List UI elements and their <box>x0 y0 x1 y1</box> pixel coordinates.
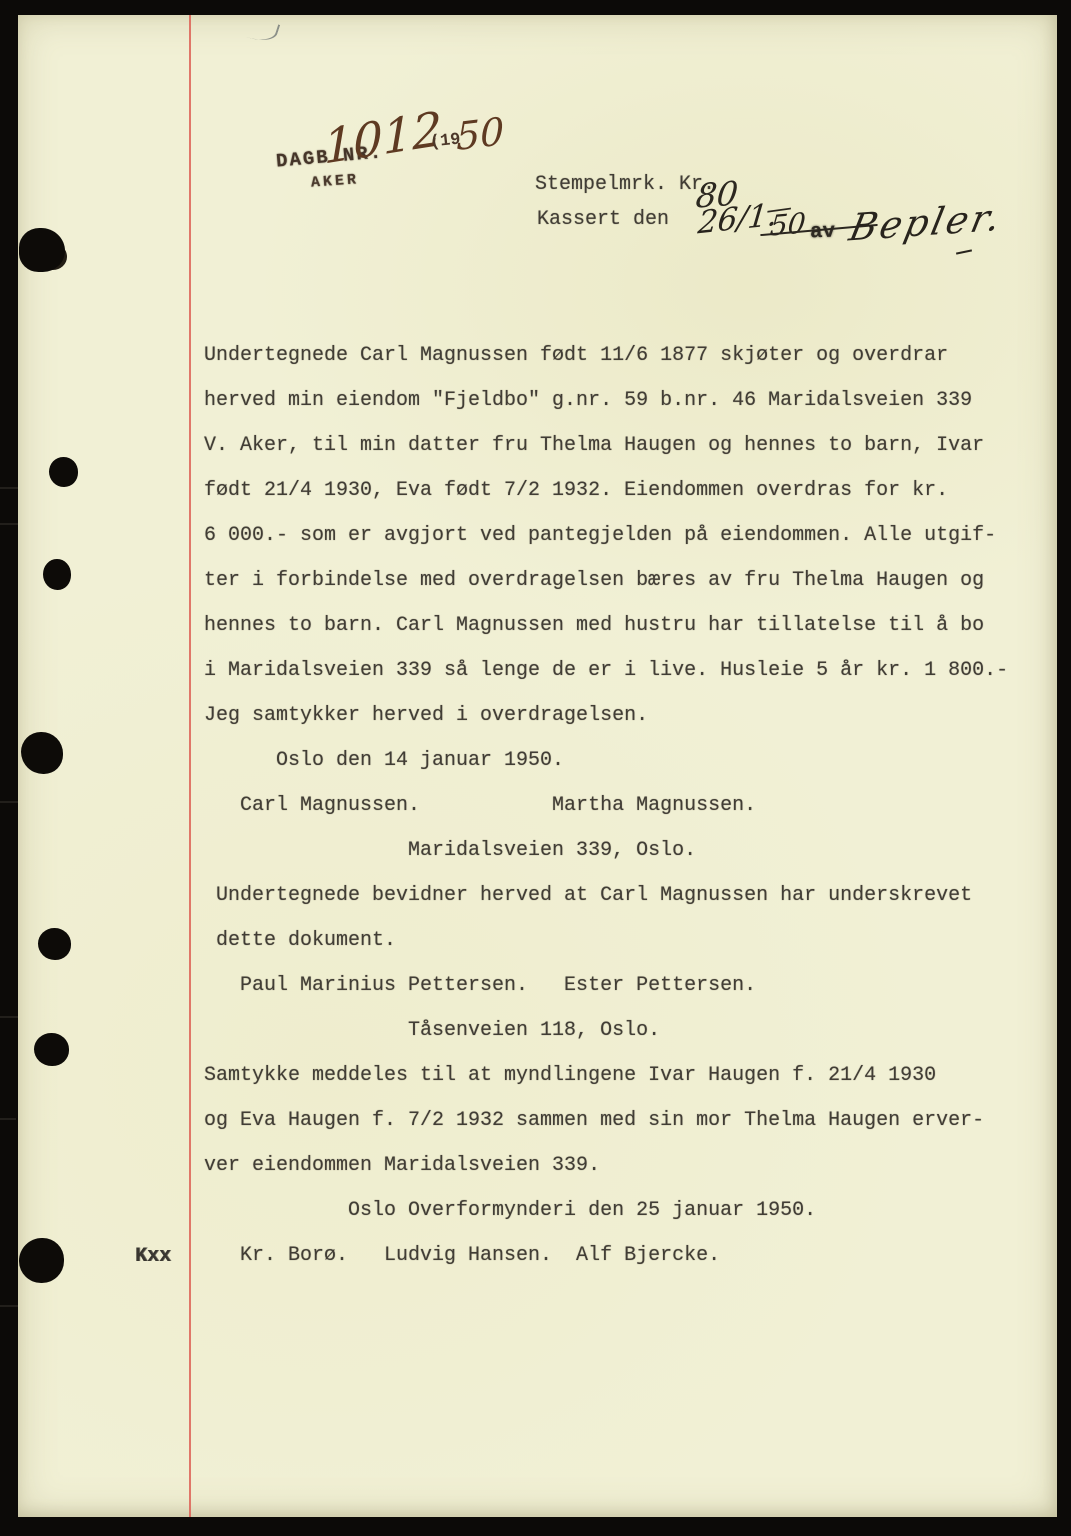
body-line: Oslo den 14 januar 1950. <box>204 738 1008 783</box>
body-line: herved min eiendom "Fjeldbo" g.nr. 59 b.… <box>204 378 1008 423</box>
body-line: Kr. Borø. Ludvig Hansen. Alf Bjercke. <box>204 1233 1008 1278</box>
body-line: ter i forbindelse med overdragelsen bære… <box>204 558 1008 603</box>
body-line: hennes to barn. Carl Magnussen med hustr… <box>204 603 1008 648</box>
body-line: Carl Magnussen. Martha Magnussen. <box>204 783 1008 828</box>
body-line: Samtykke meddeles til at myndlingene Iva… <box>204 1053 1008 1098</box>
punch-hole <box>21 732 63 774</box>
body-line: Tåsenveien 118, Oslo. <box>204 1008 1008 1053</box>
scanner-scratch <box>0 523 18 525</box>
punch-hole <box>38 928 71 960</box>
cancelled-av-label: av <box>810 221 836 245</box>
body-line: V. Aker, til min datter fru Thelma Hauge… <box>204 423 1008 468</box>
scanner-scratch <box>0 1305 20 1307</box>
dagbok-stamp-line2: AKER <box>310 171 359 191</box>
margin-rule <box>189 15 191 1517</box>
deed-body-text: Undertegnede Carl Magnussen født 11/6 18… <box>204 333 1008 1278</box>
scanner-scratch <box>0 1118 16 1120</box>
punch-hole <box>49 457 78 487</box>
body-line: Jeg samtykker herved i overdragelsen. <box>204 693 1008 738</box>
punch-hole <box>43 559 71 590</box>
body-line: Undertegnede bevidner herved at Carl Mag… <box>204 873 1008 918</box>
body-line: i Maridalsveien 339 så lenge de er i liv… <box>204 648 1008 693</box>
punch-hole <box>19 228 65 272</box>
clerk-signature: Bepler. <box>846 195 1008 249</box>
punch-hole <box>34 1033 69 1066</box>
punch-hole <box>19 1238 64 1283</box>
scanned-archive-page: { "document": { "stamp": { "line1": "DAG… <box>0 0 1071 1536</box>
body-line: ver eiendommen Maridalsveien 339. <box>204 1143 1008 1188</box>
body-line: født 21/4 1930, Eva født 7/2 1932. Eiend… <box>204 468 1008 513</box>
body-line: Paul Marinius Pettersen. Ester Pettersen… <box>204 963 1008 1008</box>
year-handwritten: 50 <box>456 109 505 159</box>
body-line: Oslo Overformynderi den 25 januar 1950. <box>204 1188 1008 1233</box>
cancelled-label: Kassert den <box>537 208 669 231</box>
body-line: og Eva Haugen f. 7/2 1932 sammen med sin… <box>204 1098 1008 1143</box>
scanner-scratch <box>0 801 20 803</box>
body-line: Maridalsveien 339, Oslo. <box>204 828 1008 873</box>
document-page: DAGB NR. AKER 1012 (19 50 Stempelmrk. Kr… <box>18 15 1057 1517</box>
cancelled-year-handwritten: 50 <box>769 206 807 242</box>
pen-stroke <box>228 10 280 46</box>
journal-number-handwritten: 1012 <box>323 101 442 175</box>
body-line: Undertegnede Carl Magnussen født 11/6 18… <box>204 333 1008 378</box>
margin-note: Kxx <box>135 1245 171 1268</box>
body-line: 6 000.- som er avgjort ved pantegjelden … <box>204 513 1008 558</box>
stamp-fee-label: Stempelmrk. Kr. <box>535 173 715 196</box>
body-line: dette dokument. <box>204 918 1008 963</box>
signature-tail-stroke <box>956 249 972 254</box>
